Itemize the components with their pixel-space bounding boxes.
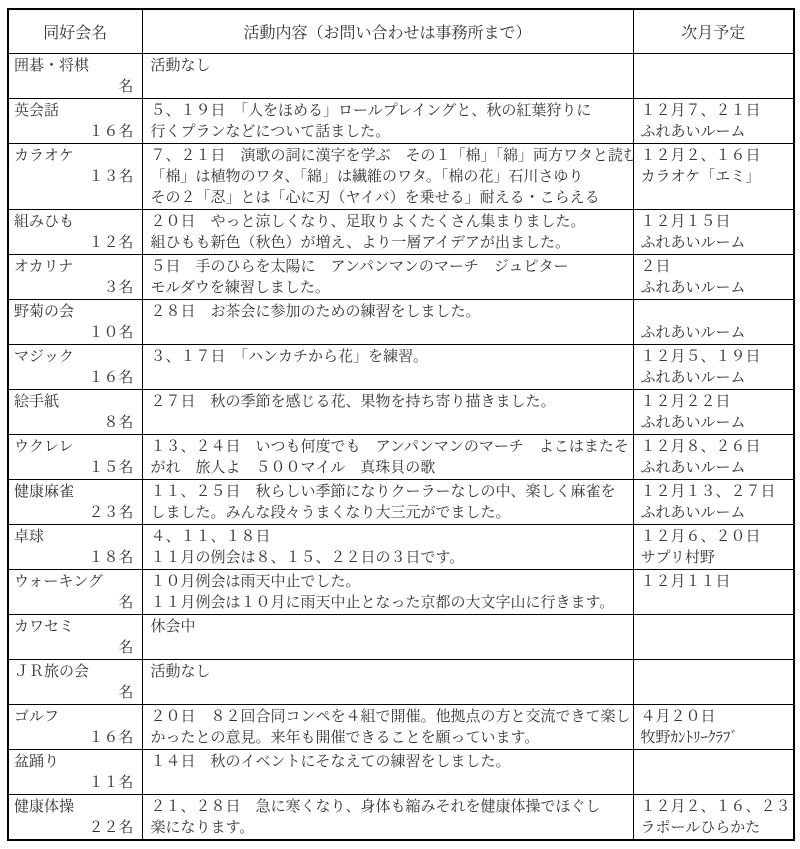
activity-line: １１月例会は１０月に雨天中止となった京都の大文字山に行きます。 [151,592,629,613]
club-name: オカリナ [14,256,134,277]
activity-cell: １０月例会は雨天中止でした。１１月例会は１０月に雨天中止となった京都の大文字山に… [142,570,633,615]
activity-line: １４日 秋のイベントにそなえての練習をしました。 [151,751,629,772]
activity-line: ３、１７日 「ハンカチから花」を練習。 [151,346,629,367]
club-name: 卓球 [14,526,134,547]
schedule-date-line [641,616,792,637]
schedule-date-line: １２月５、１９日 [641,346,792,367]
activity-cell: ２１、２８日 急に寒くなり、身体も縮みそれを健康体操でほぐし楽になります。 [142,795,633,841]
schedule-date-line: １２月６、２０日 [641,526,792,547]
schedule-cell: １２月６、２０日サプリ村野 [633,525,794,570]
member-count: ８名 [14,412,134,433]
activity-cell: １３、２４日 いつも何度でも アンパンマンのマーチ よこはまたそがれ 旅人よ ５… [142,435,633,480]
activity-line: ５日 手のひらを太陽に アンパンマンのマーチ ジュピター [151,256,629,277]
club-cell: オカリナ３名 [8,255,142,300]
activity-cell: 活動なし [142,54,633,99]
schedule-venue-line: ふれあいルーム [641,457,792,478]
activity-cell: ３、１７日 「ハンカチから花」を練習。 [142,345,633,390]
schedule-cell: ふれあいルーム [633,300,794,345]
table-row: 健康麻雀２３名１１、２５日 秋らしい季節になりクーラーなしの中、楽しく麻雀をしま… [8,480,794,525]
activity-cell: ２０日 ８２回合同コンペを４組で開催。他拠点の方と交流できて楽しかったとの意見。… [142,705,633,750]
member-count: １８名 [14,547,134,568]
activity-line: ２８日 お茶会に参加のための練習をしました。 [151,301,629,322]
club-activity-report-page: 同好会名 活動内容（お問い合わせは事務所まで） 次月予定 囲碁・将棋名活動なし英… [0,0,800,849]
table-row: マジック１６名３、１７日 「ハンカチから花」を練習。１２月５、１９日ふれあいルー… [8,345,794,390]
club-cell: カラオケ１３名 [8,144,142,210]
header-row: 同好会名 活動内容（お問い合わせは事務所まで） 次月予定 [8,9,794,54]
club-name: 健康麻雀 [14,481,134,502]
member-count: 名 [14,637,134,658]
club-cell: 健康麻雀２３名 [8,480,142,525]
club-name: ＪＲ旅の会 [14,661,134,682]
club-name: 組みひも [14,211,134,232]
activity-line: ２０日 やっと涼しくなり、足取りよくたくさん集まりました。 [151,211,629,232]
activity-cell: 活動なし [142,660,633,705]
activity-cell: ４、１１、１８日１１月の例会は８、１５、２２日の３日です。 [142,525,633,570]
schedule-venue-line: ラポールひらかた [641,817,792,838]
member-count: １３名 [14,166,134,187]
member-count: １０名 [14,322,134,343]
member-count: １６名 [14,727,134,748]
activity-line: １３、２４日 いつも何度でも アンパンマンのマーチ よこはまたそ [151,436,629,457]
activity-line: 「棉」は植物のワタ、「綿」は繊維のワタ。「棉の花」石川さゆり [151,166,629,187]
club-name: 英会話 [14,100,134,121]
activity-cell: ２８日 お茶会に参加のための練習をしました。 [142,300,633,345]
activity-line: ５、１９日 「人をほめる」ロールプレイングと、秋の紅葉狩りに [151,100,629,121]
activity-line: ４、１１、１８日 [151,526,629,547]
schedule-venue-line: ふれあいルーム [641,367,792,388]
club-cell: カワセミ名 [8,615,142,660]
member-count: 名 [14,682,134,703]
club-name: カワセミ [14,616,134,637]
schedule-date-line: １２月７、２１日 [641,100,792,121]
schedule-date-line [641,55,792,76]
schedule-venue-line: ふれあいルーム [641,322,792,343]
activity-line: ２１、２８日 急に寒くなり、身体も縮みそれを健康体操でほぐし [151,796,629,817]
schedule-cell: １２月５、１９日ふれあいルーム [633,345,794,390]
member-count: 名 [14,76,134,97]
member-count: ２２名 [14,817,134,838]
schedule-venue-line [641,637,792,658]
club-cell: 健康体操２２名 [8,795,142,841]
table-row: ゴルフ１６名２０日 ８２回合同コンペを４組で開催。他拠点の方と交流できて楽しかっ… [8,705,794,750]
schedule-date-line: １２月１１日 [641,571,792,592]
schedule-date-line: １２月８、２６日 [641,436,792,457]
table-row: 組みひも１２名２０日 やっと涼しくなり、足取りよくたくさん集まりました。組ひもも… [8,210,794,255]
schedule-venue-line: ふれあいルーム [641,412,792,433]
club-name: マジック [14,346,134,367]
table-row: カラオケ１３名７、２１日 演歌の詞に漢字を学ぶ その１「棉」「綿」両方ワタと読む… [8,144,794,210]
member-count: 名 [14,592,134,613]
schedule-cell [633,615,794,660]
table-row: 絵手紙８名２７日 秋の季節を感じる花、果物を持ち寄り描きました。１２月２２日ふれ… [8,390,794,435]
table-row: 英会話１６名５、１９日 「人をほめる」ロールプレイングと、秋の紅葉狩りに行くプラ… [8,99,794,144]
schedule-date-line: １２月１３、２７日 [641,481,792,502]
activity-line: ２７日 秋の季節を感じる花、果物を持ち寄り描きました。 [151,391,629,412]
member-count: １６名 [14,121,134,142]
activity-line: 組ひもも新色（秋色）が増え、より一層アイデアが出ました。 [151,232,629,253]
activity-cell: ２０日 やっと涼しくなり、足取りよくたくさん集まりました。組ひもも新色（秋色）が… [142,210,633,255]
activity-line: ２０日 ８２回合同コンペを４組で開催。他拠点の方と交流できて楽し [151,706,629,727]
activity-cell: ５、１９日 「人をほめる」ロールプレイングと、秋の紅葉狩りに行くプランなどについ… [142,99,633,144]
club-name: 野菊の会 [14,301,134,322]
activity-line: １０月例会は雨天中止でした。 [151,571,629,592]
club-name: カラオケ [14,145,134,166]
club-name: ウォーキング [14,571,134,592]
schedule-venue-line: カラオケ「エミ」 [641,166,792,187]
schedule-cell: １２月７、２１日ふれあいルーム [633,99,794,144]
club-name: ウクレレ [14,436,134,457]
schedule-date-line: １２月２、１６日 [641,145,792,166]
table-row: ＪＲ旅の会名活動なし [8,660,794,705]
schedule-date-line: ４月２０日 [641,706,792,727]
activity-line: かったとの意見。来年も開催できることを願っています。 [151,727,629,748]
activity-line: 休会中 [151,616,629,637]
club-name: 健康体操 [14,796,134,817]
activity-line: がれ 旅人よ ５００マイル 真珠貝の歌 [151,457,629,478]
member-count: ３名 [14,277,134,298]
member-count: １１名 [14,772,134,793]
schedule-cell: １２月２、１６、２３ラポールひらかた [633,795,794,841]
table-row: ウォーキング名１０月例会は雨天中止でした。１１月例会は１０月に雨天中止となった京… [8,570,794,615]
header-club-name: 同好会名 [8,9,142,54]
activity-line: ７、２１日 演歌の詞に漢字を学ぶ その１「棉」「綿」両方ワタと読む。 [151,145,629,166]
schedule-venue-line: ふれあいルーム [641,502,792,523]
club-cell: 組みひも１２名 [8,210,142,255]
club-cell: マジック１６名 [8,345,142,390]
table-row: 卓球１８名４、１１、１８日１１月の例会は８、１５、２２日の３日です。１２月６、２… [8,525,794,570]
club-activity-table: 同好会名 活動内容（お問い合わせは事務所まで） 次月予定 囲碁・将棋名活動なし英… [7,8,795,841]
member-count: １５名 [14,457,134,478]
schedule-date-line: １２月１５日 [641,211,792,232]
activity-line: 活動なし [151,55,629,76]
activity-line: しました。みんな段々うまくなり大三元がでました。 [151,502,629,523]
club-name: 盆踊り [14,751,134,772]
member-count: ２３名 [14,502,134,523]
activity-cell: ２７日 秋の季節を感じる花、果物を持ち寄り描きました。 [142,390,633,435]
schedule-date-line: ２日 [641,256,792,277]
schedule-date-line [641,661,792,682]
table-row: 野菊の会１０名２８日 お茶会に参加のための練習をしました。ふれあいルーム [8,300,794,345]
club-cell: ゴルフ１６名 [8,705,142,750]
schedule-venue-line [641,682,792,703]
table-row: 囲碁・将棋名活動なし [8,54,794,99]
schedule-venue-line: ふれあいルーム [641,232,792,253]
club-cell: 囲碁・将棋名 [8,54,142,99]
schedule-date-line [641,751,792,772]
schedule-venue-line [641,772,792,793]
table-row: カワセミ名休会中 [8,615,794,660]
schedule-venue-line: ふれあいルーム [641,277,792,298]
club-cell: 盆踊り１１名 [8,750,142,795]
table-row: 盆踊り１１名１４日 秋のイベントにそなえての練習をしました。 [8,750,794,795]
club-cell: ウクレレ１５名 [8,435,142,480]
activity-line: 行くプランなどについて話ました。 [151,121,629,142]
schedule-cell: ４月２０日牧野ｶﾝﾄﾘｰｸﾗﾌﾞ [633,705,794,750]
schedule-venue-line [641,592,792,613]
club-name: ゴルフ [14,706,134,727]
schedule-venue-line: 牧野ｶﾝﾄﾘｰｸﾗﾌﾞ [641,727,792,748]
header-activity: 活動内容（お問い合わせは事務所まで） [142,9,633,54]
schedule-cell [633,750,794,795]
table-row: オカリナ３名５日 手のひらを太陽に アンパンマンのマーチ ジュピターモルダウを練… [8,255,794,300]
activity-line: その２「忍」とは「心に刃（ヤイバ）を乗せる」耐える・こらえる [151,187,629,208]
activity-cell: １１、２５日 秋らしい季節になりクーラーなしの中、楽しく麻雀をしました。みんな段… [142,480,633,525]
table-row: 健康体操２２名２１、２８日 急に寒くなり、身体も縮みそれを健康体操でほぐし楽にな… [8,795,794,841]
schedule-cell: １２月１３、２７日ふれあいルーム [633,480,794,525]
schedule-cell: １２月２２日ふれあいルーム [633,390,794,435]
schedule-cell: １２月２、１６日カラオケ「エミ」 [633,144,794,210]
activity-cell: 休会中 [142,615,633,660]
schedule-venue-line: ふれあいルーム [641,121,792,142]
club-name: 絵手紙 [14,391,134,412]
schedule-cell: ２日ふれあいルーム [633,255,794,300]
activity-line: １１月の例会は８、１５、２２日の３日です。 [151,547,629,568]
club-cell: ＪＲ旅の会名 [8,660,142,705]
club-cell: 野菊の会１０名 [8,300,142,345]
schedule-date-line: １２月２２日 [641,391,792,412]
header-next-month-schedule: 次月予定 [633,9,794,54]
activity-line: 楽になります。 [151,817,629,838]
club-cell: 卓球１８名 [8,525,142,570]
activity-cell: １４日 秋のイベントにそなえての練習をしました。 [142,750,633,795]
club-name: 囲碁・将棋 [14,55,134,76]
table-row: ウクレレ１５名１３、２４日 いつも何度でも アンパンマンのマーチ よこはまたそが… [8,435,794,480]
member-count: １６名 [14,367,134,388]
activity-cell: ７、２１日 演歌の詞に漢字を学ぶ その１「棉」「綿」両方ワタと読む。「棉」は植物… [142,144,633,210]
club-cell: 絵手紙８名 [8,390,142,435]
schedule-cell [633,54,794,99]
schedule-cell: １２月１１日 [633,570,794,615]
activity-line: 活動なし [151,661,629,682]
schedule-cell: １２月８、２６日ふれあいルーム [633,435,794,480]
activity-cell: ５日 手のひらを太陽に アンパンマンのマーチ ジュピターモルダウを練習しました。 [142,255,633,300]
club-cell: ウォーキング名 [8,570,142,615]
activity-line: モルダウを練習しました。 [151,277,629,298]
schedule-date-line [641,301,792,322]
schedule-venue-line [641,76,792,97]
activity-line: １１、２５日 秋らしい季節になりクーラーなしの中、楽しく麻雀を [151,481,629,502]
schedule-cell: １２月１５日ふれあいルーム [633,210,794,255]
schedule-date-line: １２月２、１６、２３ [641,796,792,817]
schedule-venue-line: サプリ村野 [641,547,792,568]
schedule-cell [633,660,794,705]
member-count: １２名 [14,232,134,253]
club-cell: 英会話１６名 [8,99,142,144]
